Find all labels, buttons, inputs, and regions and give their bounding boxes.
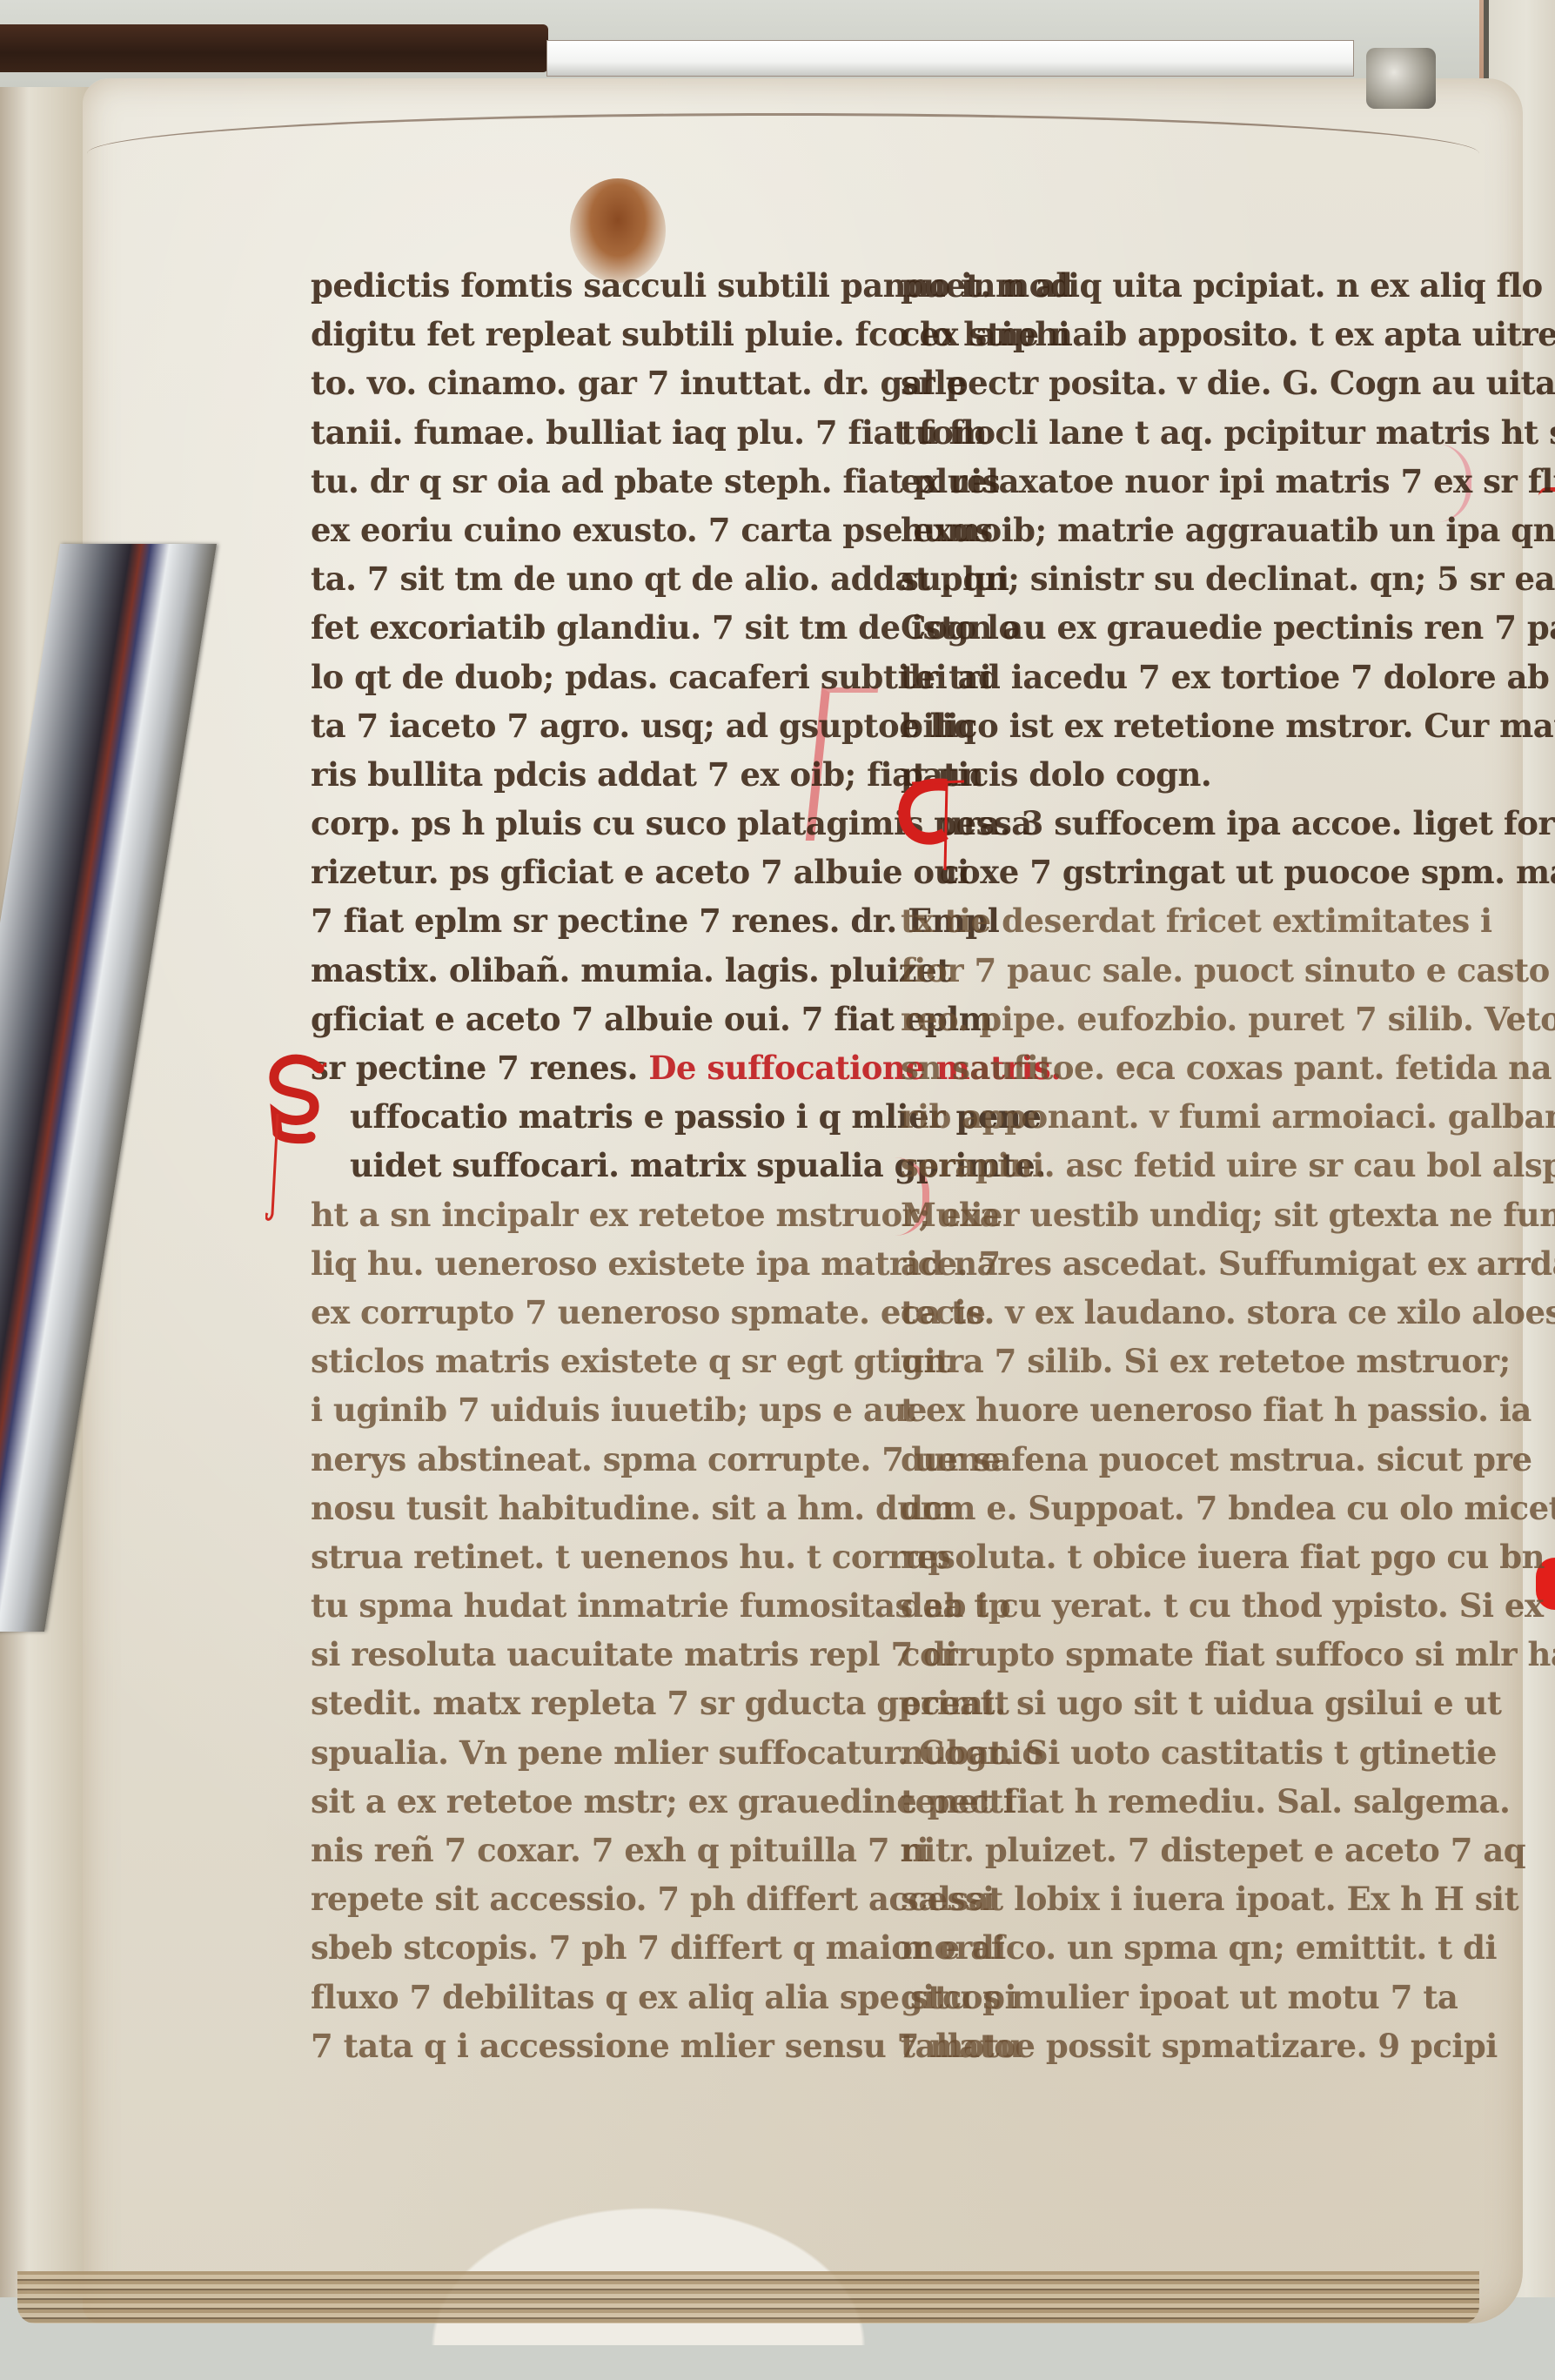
- text-line: tecis. v ex laudano. stora ce xilo aloes…: [901, 1288, 1475, 1337]
- text-line: sbeb stcopis. 7 ph 7 differt q maior e a…: [311, 1923, 876, 1972]
- text-line: fet excoriatib glandiu. 7 sit tm de isto…: [311, 603, 876, 652]
- text-line: ura. 3 suffocem ipa accoe. liget fortr: [901, 799, 1475, 848]
- text-line: ex eoriu cuino exusto. 7 carta pse exus: [311, 506, 876, 554]
- text-line: dur safena puocet mstrua. sicut pre: [901, 1435, 1475, 1484]
- text-line: to. vo. cinamo. gar 7 inuttat. dr. galle: [311, 359, 876, 407]
- text-column-right: puet. n aliq uita pcipiat. n ex aliq flo…: [901, 261, 1475, 2070]
- text-line: nosu tusit habitudine. sit a hm. dum: [311, 1484, 876, 1532]
- text-line: ex relaxatoe nuor ipi matris 7 ex sr flu…: [901, 457, 1475, 506]
- text-line: mastix. olibañ. mumia. lagis. pluizet: [311, 946, 876, 995]
- text-line: dea t cu yerat. t cu thod ypisto. Si ex: [901, 1581, 1475, 1630]
- text-line: rib apponant. v fumi armoiaci. galbanu: [901, 1092, 1475, 1141]
- text-line: salsat lobix i iuera ipoat. Ex h H sit: [901, 1874, 1475, 1923]
- text-line: ta 7 iaceto 7 agro. usq; ad gsuptoe liq: [311, 701, 876, 750]
- clasp-icon: [1366, 48, 1436, 109]
- text-line: nubat. Si uoto castitatis t gtinetie: [901, 1728, 1475, 1777]
- text-line: repete sit accessio. 7 ph differt access…: [311, 1874, 876, 1923]
- text-line: rizetur. ps gficiat e aceto 7 albuie oui: [311, 848, 876, 896]
- text-line: paticis dolo cogn.: [901, 750, 1475, 799]
- text-line: tei ad iacedu 7 ex tortioe 7 dolore ab u…: [901, 653, 1475, 701]
- text-line: digitu fet repleat subtili pluie. fco ex…: [311, 310, 876, 359]
- text-line: lo qt de duob; pdas. cacaferi subtilr tr…: [311, 653, 876, 701]
- text-line-with-rubric: sr pectine 7 renes. De suffocatione matr…: [311, 1043, 876, 1092]
- initial-s-icon: [265, 1053, 326, 1227]
- text-line: nis reñ 7 coxar. 7 exh q pituilla 7 ri: [311, 1826, 876, 1874]
- page-crease: [87, 113, 1479, 194]
- text-line: i uginib 7 uiduis iuuetib; ups e aue: [311, 1385, 876, 1434]
- text-line: serapini. asc fetid uire sr cau bol alsp…: [901, 1141, 1475, 1190]
- text-line: sticlos matris existete q sr egt gtigit: [311, 1337, 876, 1385]
- text-line: ex corrupto 7 ueneroso spmate. eca te: [311, 1288, 876, 1337]
- text-line: nerys abstineat. spma corrupte. 7 uene: [311, 1435, 876, 1484]
- text-line: ta. 7 sit tm de uno qt de alio. addat pl…: [311, 554, 876, 603]
- text-line: eceat. si ugo sit t uidua gsilui e ut: [901, 1679, 1475, 1727]
- text-line: pedictis fomtis sacculi subtili panno in…: [311, 261, 876, 310]
- text-line: resoluta. t obice iuera fiat pgo cu bn: [901, 1532, 1475, 1581]
- text-line: uidet suffocari. matrix spualia gprimte.: [311, 1141, 876, 1190]
- text-line: clo lane naib apposito. t ex apta uitrea: [901, 310, 1475, 359]
- page-bottom-damage: [17, 2271, 1479, 2323]
- text-line: si resoluta uacuitate matris repl 7 di: [311, 1630, 876, 1679]
- text-line: corrupto spmate fiat suffoco si mlr hat: [901, 1630, 1475, 1679]
- text-line: spualia. Vn pene mlier suffocatur. Cogni…: [311, 1728, 876, 1777]
- text-line: unra 7 silib. Si ex retetoe mstruor;: [901, 1337, 1475, 1385]
- paper-strip: [546, 40, 1354, 77]
- text-line: tenet fiat h remediu. Sal. salgema.: [901, 1777, 1475, 1826]
- text-line: tanii. fumae. bulliat iaq plu. 7 fiat fo…: [311, 408, 876, 457]
- leather-strap: [0, 24, 548, 72]
- text-line: coxe 7 gstringat ut puocoe spm. ma: [901, 848, 1475, 896]
- text-line: sr pectr posita. v die. G. Cogn au uita …: [901, 359, 1475, 407]
- text-line: nitr. pluizet. 7 distepet e aceto 7 aq: [901, 1826, 1475, 1874]
- text-line: bilico ist ex retetione mstror. Cur matr…: [901, 701, 1475, 750]
- text-line: t ex huore ueneroso fiat h passio. ia: [901, 1385, 1475, 1434]
- text-line: humoib; matrie aggrauatib un ipa qn; dex…: [901, 506, 1475, 554]
- text-line: gficiat e aceto 7 albuie oui. 7 fiat epl…: [311, 995, 876, 1043]
- text-line: gitu s mulier ipoat ut motu 7 ta: [901, 1973, 1475, 2021]
- text-line: puet. n aliq uita pcipiat. n ex aliq flo: [901, 261, 1475, 310]
- text-line: corp. ps h pluis cu suco platagimis pess…: [311, 799, 876, 848]
- text-line: reo. pipe. eufozbio. puret 7 silib. Veto…: [901, 995, 1475, 1043]
- text-line: dcm e. Suppoat. 7 bndea cu olo miceto: [901, 1484, 1475, 1532]
- text-line: uffocatio matris e passio i q mlier pene: [311, 1092, 876, 1141]
- text-line: tallatoe possit spmatizare. 9 pcipi: [901, 2021, 1475, 2070]
- text-line: sit a ex retetoe mstr; ex grauedine pect…: [311, 1777, 876, 1826]
- text-column-left: pedictis fomtis sacculi subtili panno in…: [311, 261, 876, 2070]
- text-line: mordico. un spma qn; emittit. t di: [901, 1923, 1475, 1972]
- text-line: strua retinet. t uenenos hu. t corrup: [311, 1532, 876, 1581]
- text-line: fior 7 pauc sale. puoct sinuto e casto: [901, 946, 1475, 995]
- text-line: fluxo 7 debilitas q ex aliq alia spe stc…: [311, 1973, 876, 2021]
- text-line: stedit. matx repleta 7 sr gducta gprimit: [311, 1679, 876, 1727]
- text-line: sn saufitoe. eca coxas pant. fetida na: [901, 1043, 1475, 1092]
- text-line: Cogn au ex grauedie pectinis ren 7 pau. …: [901, 603, 1475, 652]
- text-line: 7 tata q i accessione mlier sensu 7 motu: [311, 2021, 876, 2070]
- text-line: ht a sn incipalr ex retetoe mstruor; exa: [311, 1190, 876, 1239]
- text-line: Mulier uestib undiq; sit gtexta ne fum: [901, 1190, 1475, 1239]
- text-line: ad nares ascedat. Suffumigat ex arrda: [901, 1239, 1475, 1288]
- text-line: tu spma hudat inmatrie fumositas ab ip: [311, 1581, 876, 1630]
- text-fragment: sr pectine 7 renes.: [311, 1049, 638, 1087]
- text-line: liq hu. ueneroso existete ipa matrice. 7: [311, 1239, 876, 1288]
- initial-c-icon: [895, 766, 964, 870]
- text-line: tu flocli lane t aq. pcipitur matris ht …: [901, 408, 1475, 457]
- text-line: tx tie deserdat fricet extimitates i: [901, 896, 1475, 945]
- text-line: 7 fiat eplm sr pectine 7 renes. dr. Empl: [311, 896, 876, 945]
- text-line: tu. dr q sr oia ad pbate steph. fiat plu…: [311, 457, 876, 506]
- text-line: ris bullita pdcis addat 7 ex oib; fiat u…: [311, 750, 876, 799]
- text-line: su. qn; sinistr su declinat. qn; 5 sr ea…: [901, 554, 1475, 603]
